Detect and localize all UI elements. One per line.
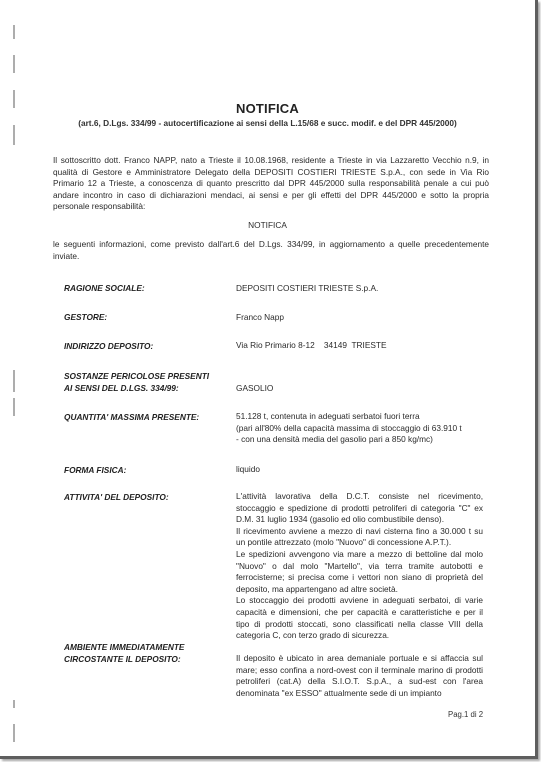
intro-heading: NOTIFICA	[0, 220, 535, 230]
document-page: NOTIFICA (art.6, D.Lgs. 334/99 - autocer…	[0, 0, 538, 759]
document-subtitle: (art.6, D.Lgs. 334/99 - autocertificazio…	[0, 118, 535, 128]
attivita-paragraph: Le spedizioni avvengono via mare a mezzo…	[236, 549, 483, 595]
field-label-line: CIRCOSTANTE IL DEPOSITO:	[64, 654, 224, 666]
binder-mark	[13, 25, 15, 39]
binder-mark	[13, 55, 15, 73]
field-label-ambiente: AMBIENTE IMMEDIATAMENTE CIRCOSTANTE IL D…	[64, 642, 224, 665]
field-value-sostanze: GASOLIO	[236, 383, 483, 395]
intro-paragraph-2: le seguenti informazioni, come previsto …	[53, 239, 489, 262]
field-value-forma-fisica: liquido	[236, 464, 483, 476]
binder-mark	[13, 370, 15, 392]
field-value-line: 51.128 t, contenuta in adeguati serbatoi…	[236, 411, 496, 423]
field-label-attivita: ATTIVITA' DEL DEPOSITO:	[64, 492, 224, 504]
field-value-attivita: L'attività lavorativa della D.C.T. consi…	[236, 491, 483, 642]
field-label-quantita: QUANTITA' MASSIMA PRESENTE:	[64, 412, 224, 424]
attivita-paragraph: Il ricevimento avviene a mezzo di navi c…	[236, 526, 483, 549]
document-title: NOTIFICA	[0, 101, 535, 116]
field-value-gestore: Franco Napp	[236, 312, 483, 324]
field-label-line: SOSTANZE PERICOLOSE PRESENTI	[64, 371, 224, 383]
field-label-gestore: GESTORE:	[64, 312, 224, 324]
field-value-indirizzo: Via Rio Primario 8-12 34149 TRIESTE	[236, 340, 483, 352]
binder-mark	[13, 398, 15, 416]
field-value-ambiente: Il deposito è ubicato in area demaniale …	[236, 653, 483, 699]
binder-mark	[13, 125, 15, 145]
field-label-ragione-sociale: RAGIONE SOCIALE:	[64, 283, 224, 295]
field-label-sostanze: SOSTANZE PERICOLOSE PRESENTI AI SENSI DE…	[64, 371, 224, 394]
field-value-line: (pari all'80% della capacità massima di …	[236, 423, 496, 435]
field-label-indirizzo: INDIRIZZO DEPOSITO:	[64, 341, 224, 353]
binder-mark	[13, 724, 15, 742]
intro-paragraph: Il sottoscritto dott. Franco NAPP, nato …	[53, 155, 489, 213]
attivita-paragraph: L'attività lavorativa della D.C.T. consi…	[236, 491, 483, 526]
field-value-ragione-sociale: DEPOSITI COSTIERI TRIESTE S.p.A.	[236, 283, 483, 295]
field-value-quantita: 51.128 t, contenuta in adeguati serbatoi…	[236, 411, 496, 446]
page-number: Pag.1 di 2	[448, 710, 483, 719]
attivita-paragraph: Lo stoccaggio dei prodotti avviene in ad…	[236, 595, 483, 641]
binder-mark	[13, 700, 15, 708]
field-label-line: AI SENSI DEL D.LGS. 334/99:	[64, 383, 224, 395]
field-label-line: AMBIENTE IMMEDIATAMENTE	[64, 642, 224, 654]
field-label-forma-fisica: FORMA FISICA:	[64, 465, 224, 477]
field-value-line: - con una densità media del gasolio pari…	[236, 434, 496, 446]
